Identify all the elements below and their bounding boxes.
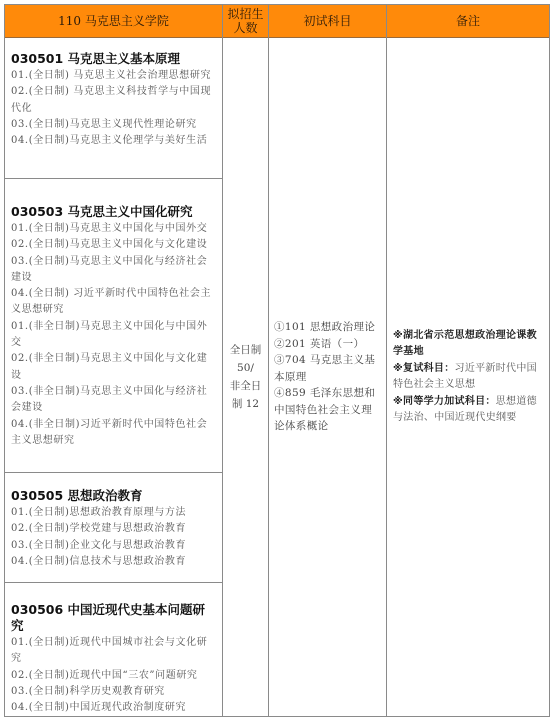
header-college-label: 110 马克思主义学院 <box>58 14 169 28</box>
direction-item: 02.(非全日制)马克思主义中国化与文化建设 <box>11 351 216 384</box>
header-notes-label: 备注 <box>456 14 480 28</box>
direction-item: 01.(全日制)近现代中国城市社会与文化研究 <box>11 635 216 668</box>
direction-item: 01.(全日制)思想政治教育原理与方法 <box>11 505 216 521</box>
direction-item: 04.(全日制)马克思主义伦理学与美好生活 <box>11 133 216 149</box>
direction-item: 02.(全日制) 马克思主义科技哲学与中国现代化 <box>11 84 216 117</box>
direction-item: 04.(全日制) 习近平新时代中国特色社会主义思想研究 <box>11 286 216 319</box>
exam-subject: ②201 英语（一） <box>274 336 381 353</box>
note-retest: ※复试科目：习近平新时代中国特色社会主义思想 <box>393 361 543 394</box>
enrollment-line: 非全日 <box>230 377 262 395</box>
direction-item: 03.(全日制)马克思主义中国化与经济社会建设 <box>11 254 216 287</box>
direction-item: 01.(非全日制)马克思主义中国化与中国外交 <box>11 319 216 352</box>
major-030506: 030506 中国近现代史基本问题研究 01.(全日制)近现代中国城市社会与文化… <box>5 602 222 716</box>
note-label: ※湖北省示范思想政治理论课教学基地 <box>393 330 537 358</box>
direction-item: 01.(全日制)马克思主义中国化与中国外交 <box>11 221 216 237</box>
major-title: 030506 中国近现代史基本问题研究 <box>11 602 216 634</box>
major-title: 030503 马克思主义中国化研究 <box>11 204 216 220</box>
direction-item: 04.(全日制)中国近现代政治制度研究 <box>11 700 216 716</box>
direction-item: 04.(非全日制)习近平新时代中国特色社会主义思想研究 <box>11 417 216 450</box>
exam-subject: ③704 马克思主义基本原理 <box>274 352 381 385</box>
note-label: ※复试科目： <box>393 363 455 374</box>
header-notes: 备注 <box>387 5 549 38</box>
row-divider <box>5 582 222 583</box>
enrollment-line: 50/ <box>230 359 262 377</box>
row-divider <box>5 178 222 179</box>
header-exam-subjects-label: 初试科目 <box>303 14 351 28</box>
direction-item: 04.(全日制)信息技术与思想政治教育 <box>11 554 216 570</box>
direction-item: 02.(全日制)马克思主义中国化与文化建设 <box>11 237 216 253</box>
header-college: 110 马克思主义学院 <box>5 5 222 38</box>
direction-item: 03.(非全日制)马克思主义中国化与经济社会建设 <box>11 384 216 417</box>
major-title: 030505 思想政治教育 <box>11 488 216 504</box>
note-base: ※湖北省示范思想政治理论课教学基地 <box>393 328 543 361</box>
note-equivalent: ※同等学力加试科目：思想道德与法治、中国近现代史纲要 <box>393 394 543 427</box>
direction-item: 01.(全日制) 马克思主义社会治理思想研究 <box>11 68 216 84</box>
enrollment-cell: 全日制 50/ 非全日 制 12 <box>223 38 268 716</box>
enrollment-line: 全日制 <box>230 341 262 359</box>
major-title: 030501 马克思主义基本原理 <box>11 51 216 67</box>
direction-item: 03.(全日制)马克思主义现代性理论研究 <box>11 117 216 133</box>
note-label: ※同等学力加试科目： <box>393 396 496 407</box>
direction-item: 02.(全日制)近现代中国“三农”问题研究 <box>11 668 216 684</box>
header-enrollment-line2: 人数 <box>233 21 257 35</box>
row-divider <box>5 472 222 473</box>
notes-cell: ※湖北省示范思想政治理论课教学基地 ※复试科目：习近平新时代中国特色社会主义思想… <box>387 38 549 716</box>
major-030503: 030503 马克思主义中国化研究 01.(全日制)马克思主义中国化与中国外交 … <box>5 204 222 449</box>
header-exam-subjects: 初试科目 <box>269 5 386 38</box>
admissions-table: 110 马克思主义学院 拟招生 人数 初试科目 备注 030501 马克思主义基… <box>4 4 550 717</box>
enrollment-line: 制 12 <box>230 395 262 413</box>
header-enrollment: 拟招生 人数 <box>223 5 268 38</box>
direction-item: 02.(全日制)学校党建与思想政治教育 <box>11 521 216 537</box>
major-030505: 030505 思想政治教育 01.(全日制)思想政治教育原理与方法 02.(全日… <box>5 488 222 570</box>
exam-subjects-cell: ①101 思想政治理论 ②201 英语（一） ③704 马克思主义基本原理 ④8… <box>269 38 386 716</box>
header-enrollment-line1: 拟招生 <box>227 7 263 21</box>
direction-item: 03.(全日制)科学历史观教育研究 <box>11 684 216 700</box>
direction-item: 03.(全日制)企业文化与思想政治教育 <box>11 538 216 554</box>
major-030501: 030501 马克思主义基本原理 01.(全日制) 马克思主义社会治理思想研究 … <box>5 51 222 149</box>
exam-subject: ④859 毛泽东思想和中国特色社会主义理论体系概论 <box>274 385 381 435</box>
exam-subject: ①101 思想政治理论 <box>274 319 381 336</box>
